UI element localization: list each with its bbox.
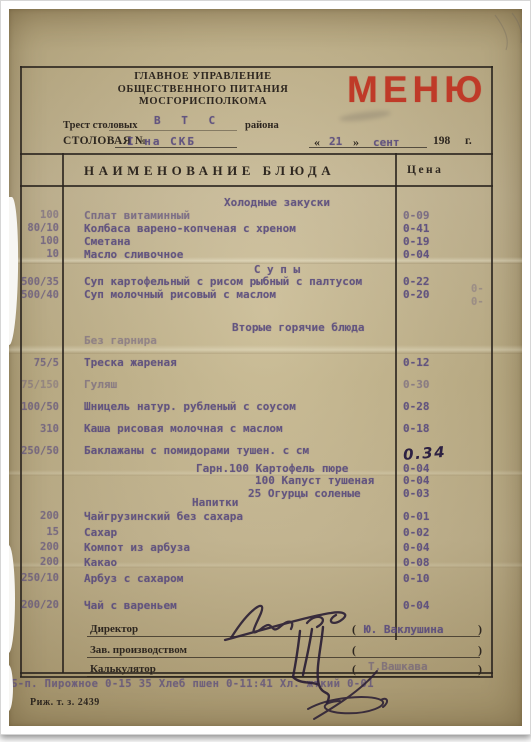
dish-price: 0-19 bbox=[395, 235, 492, 248]
paren-open: ( bbox=[352, 643, 356, 658]
dish-name: Суп картофельный с рисом рыбный с палтус… bbox=[62, 276, 395, 289]
scan-edge-tear bbox=[9, 545, 15, 653]
stray-mark: 0- bbox=[471, 296, 484, 308]
portion-qty: 75/5 bbox=[16, 356, 59, 370]
org-line-1: ГЛАВНОЕ УПРАВЛЕНИЕ bbox=[67, 71, 339, 84]
director-typed-name: Ю. Ваклушина bbox=[364, 623, 443, 636]
portion-qty: 250/10 bbox=[16, 571, 59, 586]
name-column-header: НАИМЕНОВАНИЕ БЛЮДА bbox=[84, 163, 335, 179]
dish-price: 0-09 bbox=[395, 209, 492, 222]
director-row: Директор ( ) Ю. Ваклушина bbox=[62, 623, 492, 641]
dish-price: 0-12 bbox=[395, 356, 492, 370]
menu-row: 10Масло сливочное0-04 bbox=[62, 248, 492, 261]
signature-line bbox=[87, 657, 480, 658]
dish-price: 0.34 bbox=[395, 441, 493, 464]
dish-price: 0-08 bbox=[395, 555, 492, 570]
menu-body: Холодные закуски100Сплат витаминный0-098… bbox=[62, 190, 492, 614]
dish-name: Колбаса варено-копченая с хреном bbox=[62, 222, 395, 235]
menu-row: 100 Капуст тушеная0-04 bbox=[62, 475, 492, 487]
dish-name: Чай с вареньем bbox=[62, 598, 395, 613]
zav-row: Зав. производством ( ) Т.Вашкава bbox=[62, 644, 492, 662]
header-band-top-rule bbox=[20, 153, 493, 155]
calc-label: Калькулятор bbox=[90, 663, 156, 675]
raion-label: района bbox=[245, 120, 279, 131]
dish-price: 0-03 bbox=[395, 488, 492, 500]
dish-price: 0-18 bbox=[395, 422, 492, 436]
dish-name: Сахар bbox=[62, 525, 395, 540]
portion-qty: 200 bbox=[16, 509, 59, 524]
menu-section: Напитки200Чайгрузинский без сахара0-0115… bbox=[62, 496, 492, 613]
dish-name: Сметана bbox=[62, 235, 395, 248]
signature-line bbox=[87, 636, 480, 637]
menu-row: 15Сахар0-02 bbox=[62, 525, 492, 540]
dish-price: 0-04 bbox=[395, 475, 492, 487]
dish-name: 25 Огурцы соленые bbox=[62, 488, 395, 500]
header-band-bottom-rule bbox=[20, 185, 493, 187]
portion-qty: 10 bbox=[16, 248, 59, 261]
dish-name: 100 Капуст тушеная bbox=[62, 475, 395, 487]
menu-row: 500/35Суп картофельный с рисом рыбный с … bbox=[62, 276, 492, 289]
menu-row: 75/5Треска жареная0-12 bbox=[62, 356, 492, 378]
portion-qty: 75/150 bbox=[16, 378, 59, 392]
dish-name: Баклажаны с помидорами тушен. с см bbox=[62, 444, 395, 458]
menu-row: 100Сплат витаминный0-09 bbox=[62, 209, 492, 222]
dish-name: Масло сливочное bbox=[62, 248, 395, 261]
menu-row: 250/10Арбуз с сахаром0-10 bbox=[62, 571, 492, 586]
paren-close: ) bbox=[478, 643, 482, 658]
year-label: 198 bbox=[433, 135, 450, 147]
trest-blank-line bbox=[109, 130, 237, 131]
paren-open: ( bbox=[352, 662, 356, 677]
dish-price: 0-01 bbox=[395, 509, 492, 524]
portion-qty: 500/40 bbox=[16, 289, 59, 302]
table-top-border bbox=[20, 66, 493, 68]
portion-qty: 200 bbox=[16, 540, 59, 555]
section-title: Вторые горячие блюда bbox=[152, 321, 492, 334]
dish-price: 0-28 bbox=[395, 400, 492, 414]
dish-name: Арбуз с сахаром bbox=[62, 571, 395, 586]
dish-price: 0-02 bbox=[395, 525, 492, 540]
stolovaya-blank-line bbox=[115, 147, 237, 148]
scan-edge-tear bbox=[9, 665, 13, 711]
portion-qty: 500/35 bbox=[16, 276, 59, 289]
org-header: ГЛАВНОЕ УПРАВЛЕНИЕ ОБЩЕСТВЕННОГО ПИТАНИЯ… bbox=[67, 71, 339, 109]
menu-row: 200/20Чай с вареньем0-04 bbox=[62, 598, 492, 613]
portion-qty: 100 bbox=[16, 235, 59, 248]
org-line-3: МОСГОРИСПОЛКОМА bbox=[67, 96, 339, 109]
dish-name: Шницель натур. рубленый с соусом bbox=[62, 400, 395, 414]
menu-row: 500/40Суп молочный рисовый с маслом0-20 bbox=[62, 289, 492, 302]
org-line-2: ОБЩЕСТВЕННОГО ПИТАНИЯ bbox=[67, 84, 339, 97]
paren-close: ) bbox=[478, 622, 482, 637]
menu-row: 75/150Гуляш0-30 bbox=[62, 378, 492, 400]
portion-qty: 80/10 bbox=[16, 222, 59, 235]
dish-name: Сплат витаминный bbox=[62, 209, 395, 222]
section-title: Холодные закуски bbox=[62, 196, 492, 209]
portion-qty: 15 bbox=[16, 525, 59, 540]
menu-row: 25 Огурцы соленые0-03 bbox=[62, 488, 492, 500]
menu-row: 80/10Колбаса варено-копченая с хреном0-4… bbox=[62, 222, 492, 235]
ink-smudge bbox=[339, 109, 392, 123]
menu-row: 310Каша рисовая молочная с маслом0-18 bbox=[62, 422, 492, 444]
dish-name: Чайгрузинский без сахара bbox=[62, 509, 395, 524]
menu-title: МЕНЮ bbox=[347, 69, 487, 111]
signature-line bbox=[87, 676, 480, 677]
menu-row: 200Чайгрузинский без сахара0-01 bbox=[62, 509, 492, 524]
dish-name: Треска жареная bbox=[62, 356, 395, 370]
portion-qty: 200/20 bbox=[16, 598, 59, 613]
portion-qty: 310 bbox=[16, 422, 59, 436]
dish-name: Без гарнира bbox=[62, 334, 395, 348]
menu-row: 200Какао0-08 bbox=[62, 555, 492, 570]
portion-qty: 200 bbox=[16, 555, 59, 570]
dish-name: Компот из арбуза bbox=[62, 540, 395, 555]
menu-row: 200Компот из арбуза0-04 bbox=[62, 540, 492, 555]
pencil-scratch bbox=[495, 13, 522, 50]
typed-trest-value: В Т С bbox=[154, 114, 222, 127]
dish-price: 0-41 bbox=[395, 222, 492, 235]
dish-price: 0-30 bbox=[395, 378, 492, 392]
zav-label: Зав. производством bbox=[90, 644, 187, 656]
paren-close: ) bbox=[478, 662, 482, 677]
menu-row: 100/50Шницель натур. рубленый с соусом0-… bbox=[62, 400, 492, 422]
menu-row: 100Сметана0-19 bbox=[62, 235, 492, 248]
menu-section: С у п ы500/35Суп картофельный с рисом ры… bbox=[62, 263, 492, 301]
dish-name: Гуляш bbox=[62, 378, 395, 392]
portion-qty: 250/50 bbox=[16, 444, 59, 458]
footer-typed-line: Б-п. Пирожное 0-15 35 Хлеб пшен 0-11:41 … bbox=[11, 678, 374, 690]
portion-qty: 100/50 bbox=[16, 400, 59, 414]
menu-section: Вторые горячие блюдаБез гарнира75/5Треск… bbox=[62, 321, 492, 500]
portion-qty: 100 bbox=[16, 209, 59, 222]
scanned-photo-frame: ГЛАВНОЕ УПРАВЛЕНИЕ ОБЩЕСТВЕННОГО ПИТАНИЯ… bbox=[0, 0, 531, 735]
printer-imprint: Риж. т. з. 2439 bbox=[30, 697, 100, 708]
paren-open: ( bbox=[352, 622, 356, 637]
date-blank-line bbox=[309, 147, 427, 148]
g-label: г. bbox=[465, 135, 472, 147]
menu-scan-paper: ГЛАВНОЕ УПРАВЛЕНИЕ ОБЩЕСТВЕННОГО ПИТАНИЯ… bbox=[9, 9, 522, 726]
menu-section: Холодные закуски100Сплат витаминный0-098… bbox=[62, 196, 492, 261]
price-column-header: Цена bbox=[407, 164, 443, 176]
dish-price: 0-10 bbox=[395, 571, 492, 586]
dish-price: 0-04 bbox=[395, 598, 492, 613]
menu-row: Без гарнира bbox=[62, 334, 492, 356]
director-label: Директор bbox=[90, 623, 138, 635]
dish-price: 0-04 bbox=[395, 540, 492, 555]
dish-name: Суп молочный рисовый с маслом bbox=[62, 289, 395, 302]
stray-mark: 0- bbox=[471, 283, 484, 295]
dish-name: Какао bbox=[62, 555, 395, 570]
dish-name: Каша рисовая молочная с маслом bbox=[62, 422, 395, 436]
dish-price: 0-04 bbox=[395, 248, 492, 261]
